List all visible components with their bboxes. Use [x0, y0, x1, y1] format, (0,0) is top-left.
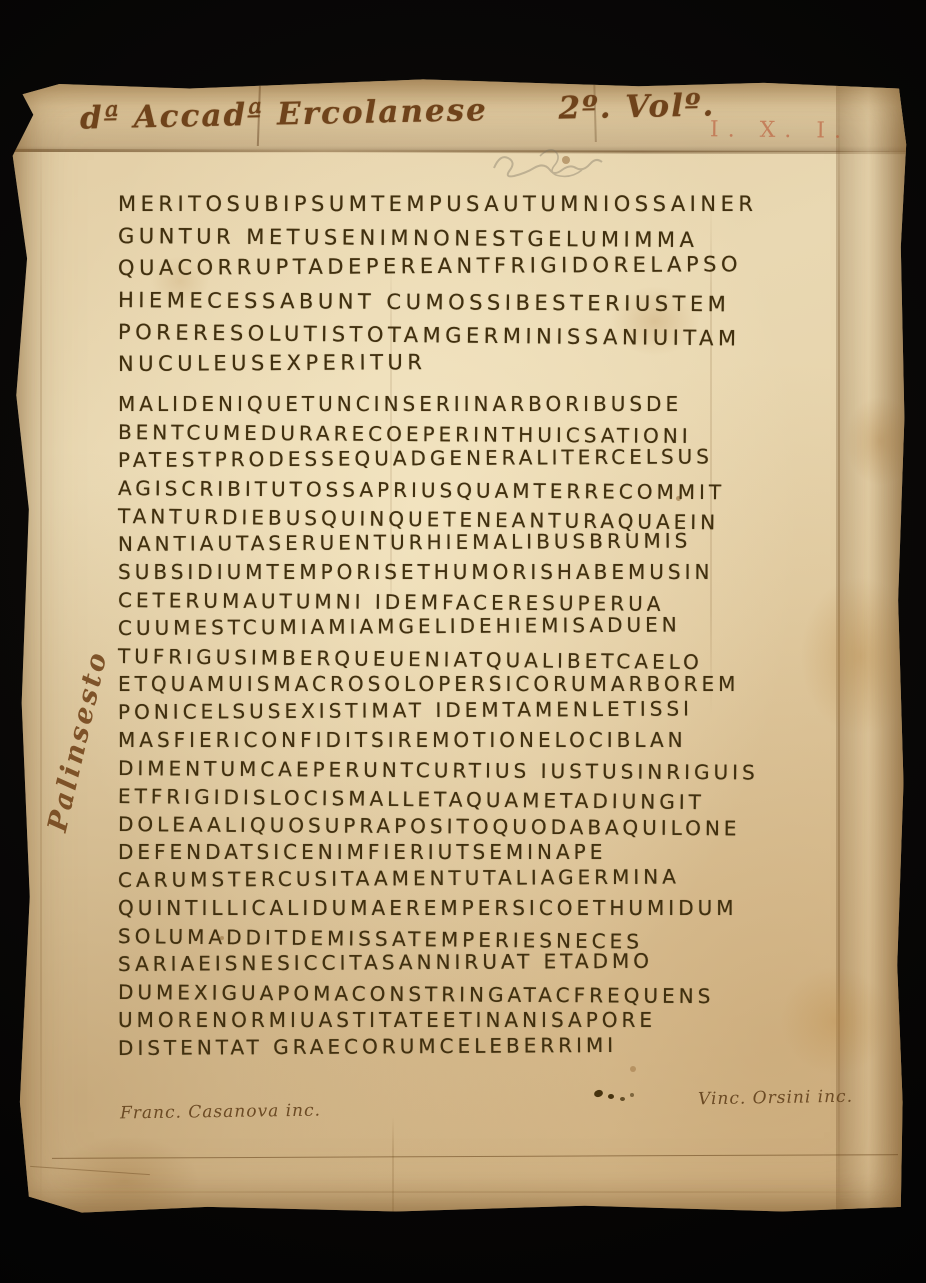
manuscript-line: HIEMECESSABUNT CUMOSSIBESTERIUSTEM: [118, 284, 758, 320]
crease: [10, 1191, 908, 1193]
volume-note: 2º. Volº.: [558, 87, 715, 126]
crease: [838, 76, 840, 1216]
manuscript-line: MALIDENIQUETUNCINSERIINARBORIBUSDE: [118, 390, 759, 418]
manuscript-line: CUUMESTCUMIAMIAMGELIDEHIEMISADUEN: [118, 610, 759, 642]
manuscript-line: AGISCRIBITUTOSSAPRIUSQUAMTERRECOMMIT: [118, 474, 759, 506]
manuscript-line: NUCULEUSEXPERITUR: [118, 344, 758, 380]
manuscript-line: MASFIERICONFIDITSIREMOTIONELOCIBLAN: [118, 726, 759, 754]
engraver-credit-left: Franc. Casanova inc.: [120, 1101, 321, 1124]
engraver-credit-right: Vinc. Orsini inc.: [698, 1087, 853, 1110]
right-fold-strip: [836, 76, 908, 1216]
ruled-line-short: [30, 1166, 150, 1175]
manuscript-line: DUMEXIGUAPOMACONSTRINGATACFREQUENS: [118, 978, 759, 1010]
manuscript-line: DISTENTAT GRAECORUMCELEBERRIMI: [118, 1030, 759, 1062]
manuscript-paragraph-2: MALIDENIQUETUNCINSERIINARBORIBUSDEBENTCU…: [118, 390, 759, 1062]
red-shelfmark: I. X. I.: [710, 117, 850, 143]
manuscript-paragraph-1: MERITOSUBIPSUMTEMPUSAUTUMNIOSSAINERGUNTU…: [118, 188, 757, 380]
manuscript-line: QUINTILLICALIDUMAEREMPERSICOETHUMIDUM: [118, 894, 759, 922]
ruled-line: [52, 1154, 898, 1159]
manuscript-line: SARIAEISNESICCITASANNIRUAT ETADMO: [118, 946, 759, 978]
manuscript-line: PONICELSUSEXISTIMAT IDEMTAMENLETISSI: [118, 694, 759, 726]
manuscript-line: PATESTPRODESSEQUADGENERALITERCELSUS: [118, 442, 759, 474]
margin-note: Palinsesto: [18, 576, 138, 906]
speck: [630, 1066, 636, 1072]
manuscript-line: DOLEAALIQUOSUPRAPOSITOQUODABAQUILONE: [118, 810, 759, 842]
manuscript-line: NANTIAUTASERUENTURHIEMALIBUSBRUMIS: [118, 526, 759, 558]
ink-blot: [592, 1084, 642, 1106]
manuscript-line: MERITOSUBIPSUMTEMPUSAUTUMNIOSSAINER: [118, 188, 757, 220]
manuscript-line: QUACORRUPTADEPEREANTFRIGIDORELAPSO: [118, 248, 758, 284]
manuscript-line: CARUMSTERCUSITAAMENTUTALIAGERMINA: [118, 862, 759, 894]
manuscript-line: SUBSIDIUMTEMPORISETHUMORISHABEMUSIN: [118, 558, 759, 586]
manuscript-line: DIMENTUMCAEPERUNTCURTIUS IUSTUSINRIGUIS: [118, 754, 759, 786]
parchment-sheet: dª Accadª Ercolanese 2º. Volº. I. X. I. …: [10, 76, 908, 1216]
margin-note-text: Palinsesto: [42, 647, 114, 835]
